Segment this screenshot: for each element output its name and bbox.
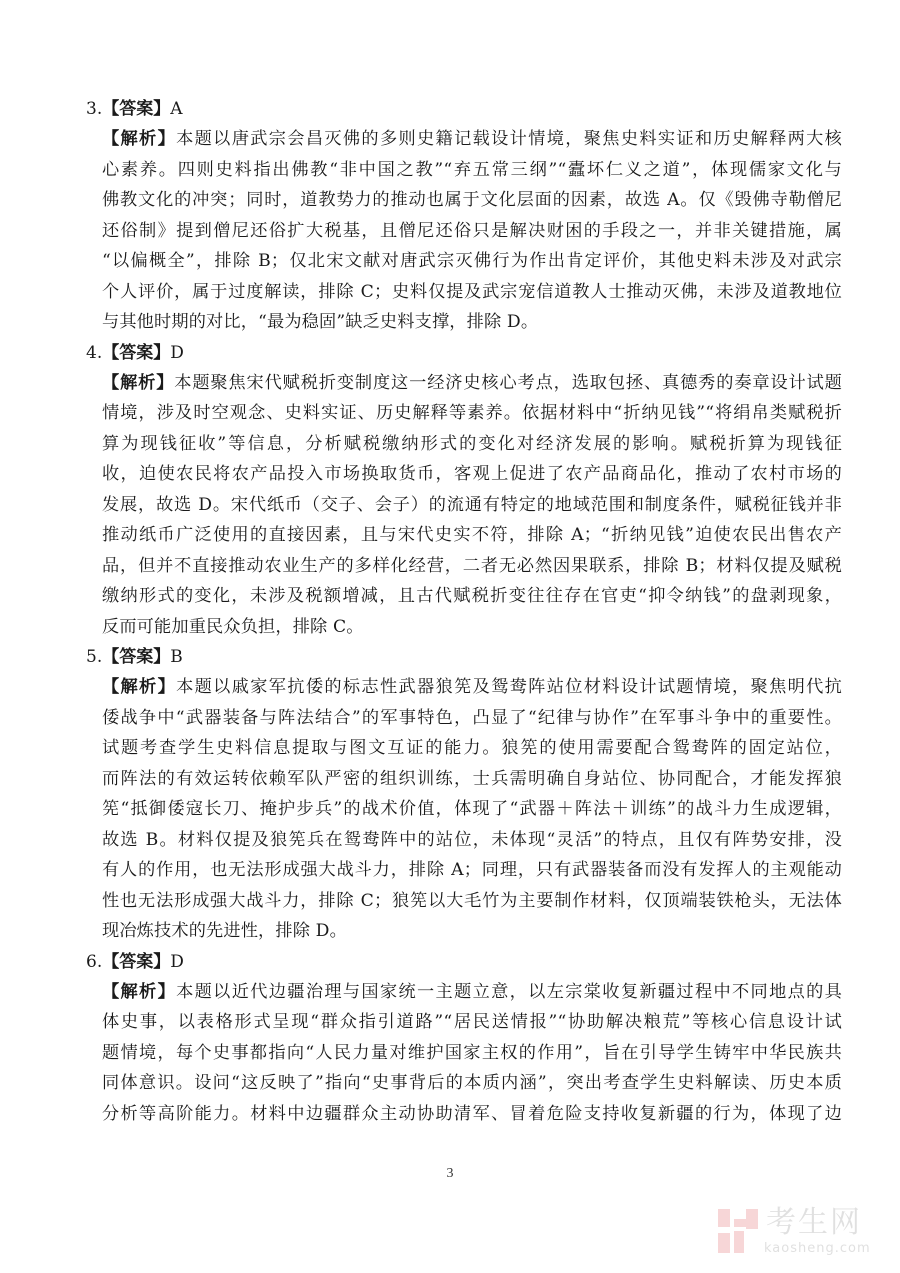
analysis-line: 反而可能加重民众负担，排除 C。 xyxy=(102,612,842,643)
document-page: 3.【答案】A 【解析】本题以唐武宗会昌灭佛的多则史籍记载设计情境，聚焦史料实证… xyxy=(0,0,900,1273)
answer-item-3: 3.【答案】A 【解析】本题以唐武宗会昌灭佛的多则史籍记载设计情境，聚焦史料实证… xyxy=(86,94,846,338)
analysis-label: 【解析】 xyxy=(102,373,174,393)
analysis-line: 缴纳形式的变化，未涉及税额增减，且古代赋税折变往往存在官吏“抑令纳钱”的盘剥现象… xyxy=(102,581,842,612)
watermark-name: 考生网 xyxy=(766,1205,862,1241)
analysis-line: 情境，涉及时空观念、史料实证、历史解释等素养。依据材料中“折纳见钱”“将绢帛类赋… xyxy=(102,398,842,429)
analysis-line: 佛教文化的冲突；同时，道教势力的推动也属于文化层面的因素，故选 A。仅《毁佛寺勒… xyxy=(102,185,842,216)
analysis-line: 【解析】本题以戚家军抗倭的标志性武器狼筅及鸳鸯阵站位材料设计试题情境，聚焦明代抗 xyxy=(102,672,842,703)
answer-heading: 6.【答案】D xyxy=(86,947,846,977)
answer-heading: 3.【答案】A xyxy=(86,94,846,124)
kaosheng-logo-icon xyxy=(718,1209,758,1253)
question-number: 3. xyxy=(86,94,102,124)
analysis-line: 现冶炼技术的先进性，排除 D。 xyxy=(102,916,842,947)
answer-choice: D xyxy=(170,952,184,972)
analysis-line: 性也无法形成强大战斗力，排除 C；狼筅以大毛竹为主要制作材料，仅顶端装铁枪头，无… xyxy=(102,886,842,917)
analysis-line: 收，迫使农民将农产品投入市场换取货币，客观上促进了农产品商品化，推动了农村市场的 xyxy=(102,459,842,490)
analysis-line: 发展，故选 D。宋代纸币（交子、会子）的流通有特定的地域范围和制度条件，赋税征钱… xyxy=(102,490,842,521)
analysis-label: 【解析】 xyxy=(102,129,176,149)
analysis-line: 心素养。四则史料指出佛教“非中国之教”“弃五常三纲”“蠹坏仁义之道”，体现儒家文… xyxy=(102,155,842,186)
analysis-line: 算为现钱征收”等信息，分析赋税缴纳形式的变化对经济发展的影响。赋税折算为现钱征 xyxy=(102,429,842,460)
analysis-line: 【解析】本题以唐武宗会昌灭佛的多则史籍记载设计情境，聚焦史料实证和历史解释两大核 xyxy=(102,124,842,155)
analysis-paragraph: 【解析】本题聚焦宋代赋税折变制度这一经济史核心考点，选取包拯、真德秀的奏章设计试… xyxy=(102,368,842,643)
analysis-paragraph: 【解析】本题以唐武宗会昌灭佛的多则史籍记载设计情境，聚焦史料实证和历史解释两大核… xyxy=(102,124,842,338)
analysis-paragraph: 【解析】本题以近代边疆治理与国家统一主题立意，以左宗棠收复新疆过程中不同地点的具… xyxy=(102,977,842,1130)
answer-item-6: 6.【答案】D 【解析】本题以近代边疆治理与国家统一主题立意，以左宗棠收复新疆过… xyxy=(86,947,846,1130)
page-number: 3 xyxy=(0,1166,900,1182)
analysis-line: 而阵法的有效运转依赖军队严密的组织训练，士兵需明确自身站位、协同配合，才能发挥狼 xyxy=(102,764,842,795)
answer-heading: 5.【答案】B xyxy=(86,642,846,672)
analysis-label: 【解析】 xyxy=(102,677,176,697)
analysis-line: 筅“抵御倭寇长刀、掩护步兵”的战术价值，体现了“武器＋阵法＋训练”的战斗力生成逻… xyxy=(102,794,842,825)
analysis-line: 还俗制》提到僧尼还俗扩大税基，且僧尼还俗只是解决财困的手段之一，并非关键措施，属 xyxy=(102,216,842,247)
analysis-line: 【解析】本题以近代边疆治理与国家统一主题立意，以左宗棠收复新疆过程中不同地点的具 xyxy=(102,977,842,1008)
answer-item-4: 4.【答案】D 【解析】本题聚焦宋代赋税折变制度这一经济史核心考点，选取包拯、真… xyxy=(86,338,846,643)
analysis-line: 个人评价，属于过度解读，排除 C；史料仅提及武宗宠信道教人士推动灭佛，未涉及道教… xyxy=(102,277,842,308)
analysis-line: 品，但并不直接推动农业生产的多样化经营，二者无必然因果联系，排除 B；材料仅提及… xyxy=(102,551,842,582)
question-number: 4. xyxy=(86,338,102,368)
analysis-paragraph: 【解析】本题以戚家军抗倭的标志性武器狼筅及鸳鸯阵站位材料设计试题情境，聚焦明代抗… xyxy=(102,672,842,947)
analysis-line: 【解析】本题聚焦宋代赋税折变制度这一经济史核心考点，选取包拯、真德秀的奏章设计试… xyxy=(102,368,842,399)
analysis-line: 倭战争中“武器装备与阵法结合”的军事特色，凸显了“纪律与协作”在军事斗争中的重要… xyxy=(102,703,842,734)
answer-choice: B xyxy=(170,647,183,667)
answer-choice: A xyxy=(170,99,182,119)
question-number: 6. xyxy=(86,947,102,977)
analysis-line: 试题考查学生史料信息提取与图文互证的能力。狼筅的使用需要配合鸳鸯阵的固定站位， xyxy=(102,733,842,764)
analysis-line: 分析等高阶能力。材料中边疆群众主动协助清军、冒着危险支持收复新疆的行为，体现了边 xyxy=(102,1099,842,1130)
analysis-line: 有人的作用，也无法形成强大战斗力，排除 A；同理，只有武器装备而没有发挥人的主观… xyxy=(102,855,842,886)
analysis-line: 推动纸币广泛使用的直接因素，且与宋代史实不符，排除 A；“折纳见钱”迫使农民出售… xyxy=(102,520,842,551)
answer-label: 【答案】 xyxy=(102,647,170,667)
analysis-line: 体史事，以表格形式呈现“群众指引道路”“居民送情报”“协助解决粮荒”等核心信息设… xyxy=(102,1007,842,1038)
answer-choice: D xyxy=(170,343,184,363)
analysis-line: “以偏概全”，排除 B；仅北宋文献对唐武宗灭佛行为作出肯定评价，其他史料未涉及对… xyxy=(102,246,842,277)
answer-label: 【答案】 xyxy=(102,952,170,972)
answer-item-5: 5.【答案】B 【解析】本题以戚家军抗倭的标志性武器狼筅及鸳鸯阵站位材料设计试题… xyxy=(86,642,846,947)
answer-heading: 4.【答案】D xyxy=(86,338,846,368)
analysis-line: 题情境，每个史事都指向“人民力量对维护国家主权的作用”，旨在引导学生铸牢中华民族… xyxy=(102,1038,842,1069)
answer-label: 【答案】 xyxy=(102,343,170,363)
watermark: 考生网 kaosheng.com xyxy=(718,1205,893,1265)
analysis-line: 同体意识。设问“这反映了”指向“史事背后的本质内涵”，突出考查学生史料解读、历史… xyxy=(102,1068,842,1099)
analysis-line: 与其他时期的对比，“最为稳固”缺乏史料支撑，排除 D。 xyxy=(102,307,842,338)
analysis-line: 故选 B。材料仅提及狼筅兵在鸳鸯阵中的站位，未体现“灵活”的特点，且仅有阵势安排… xyxy=(102,825,842,856)
answer-key-content: 3.【答案】A 【解析】本题以唐武宗会昌灭佛的多则史籍记载设计情境，聚焦史料实证… xyxy=(86,94,846,1129)
watermark-domain: kaosheng.com xyxy=(764,1241,871,1256)
analysis-label: 【解析】 xyxy=(102,982,176,1002)
question-number: 5. xyxy=(86,642,102,672)
answer-label: 【答案】 xyxy=(102,99,170,119)
